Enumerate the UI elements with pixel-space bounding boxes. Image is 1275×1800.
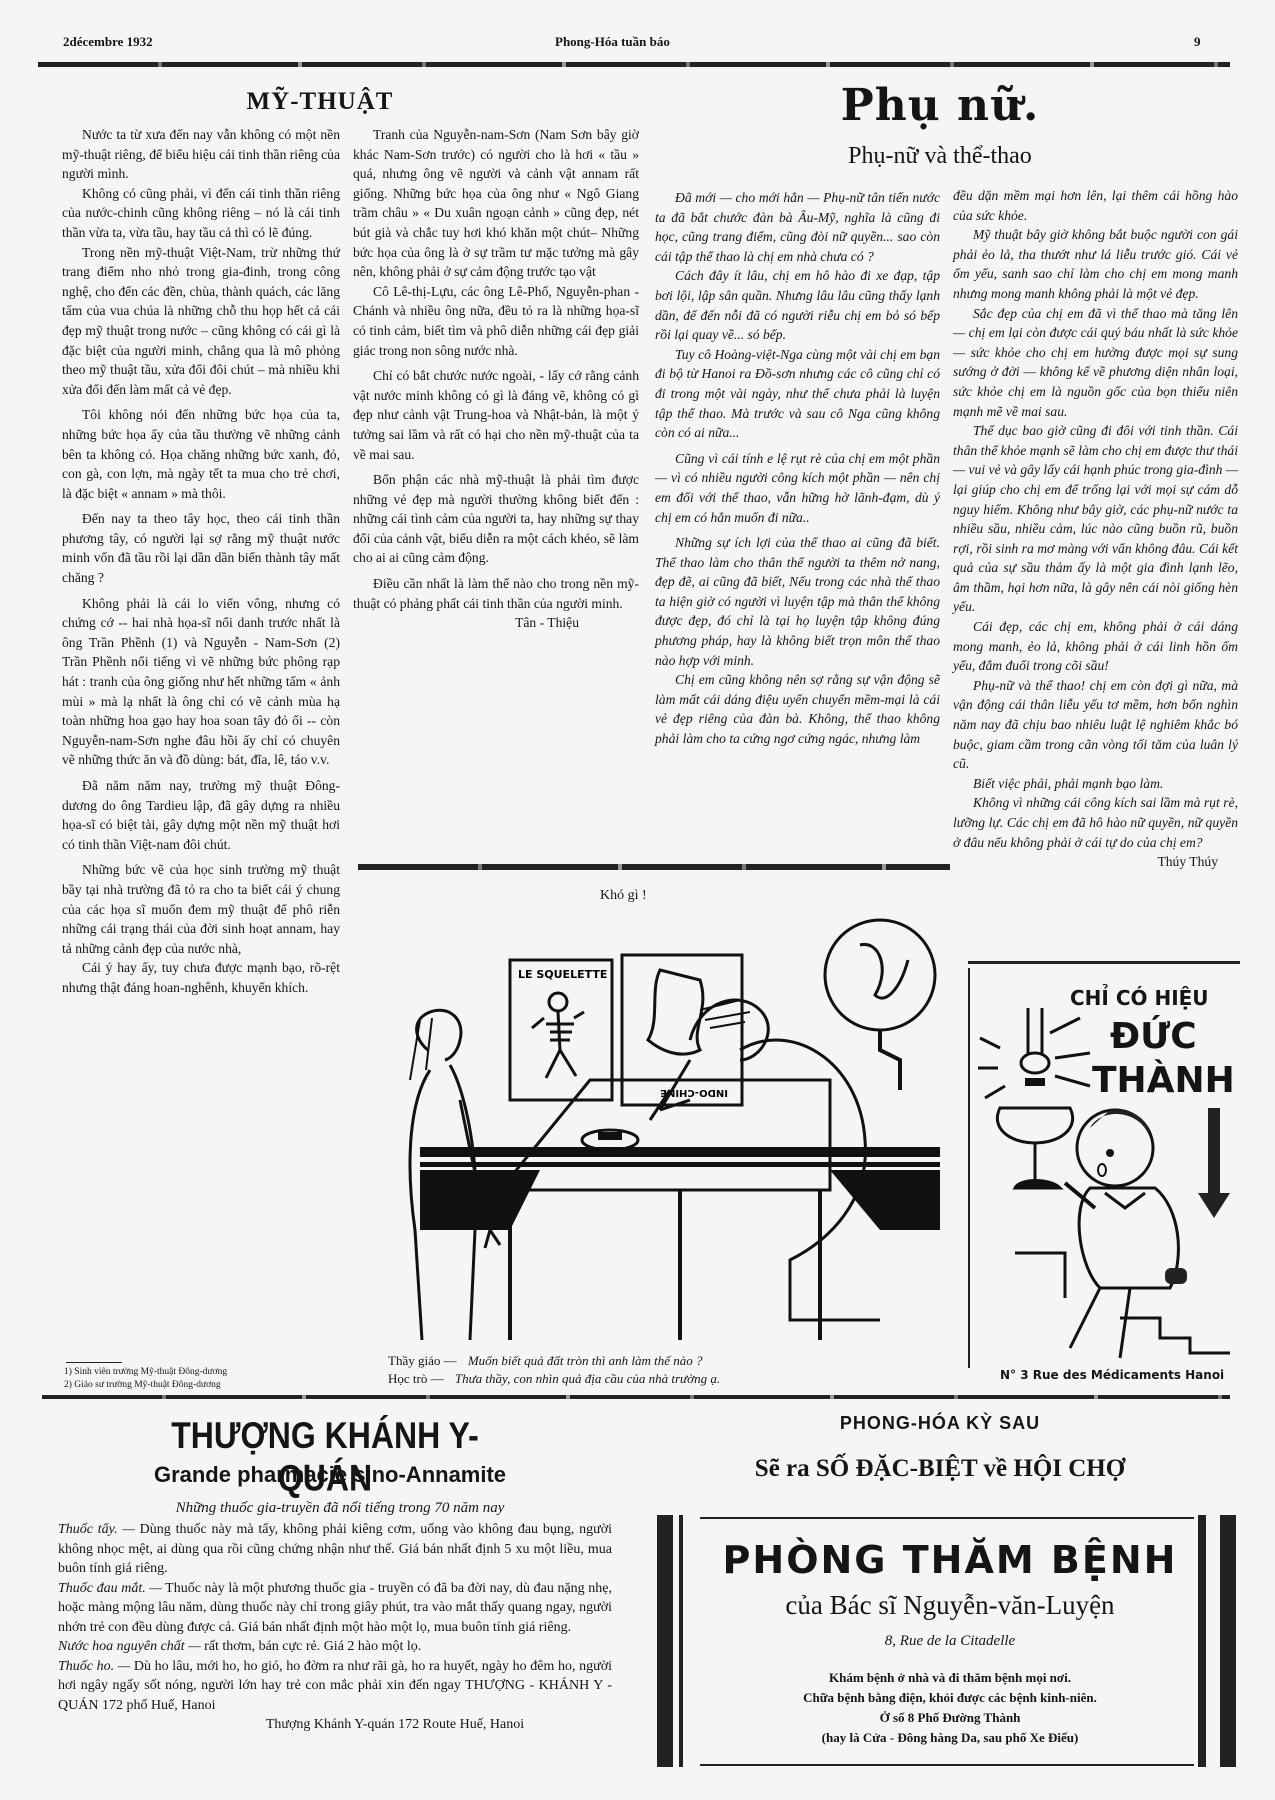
caption-speaker: Thầy giáo — bbox=[388, 1353, 457, 1368]
clinic-ad-title: PHÒNG THĂM BỆNH bbox=[690, 1538, 1210, 1582]
paragraph: Chỉ có bắt chước nước ngoài, - lấy cớ rằ… bbox=[353, 366, 639, 464]
header-page-number: 9 bbox=[1194, 34, 1201, 50]
product-name: Thuốc tẩy. — bbox=[58, 1522, 135, 1537]
paragraph: Cái đẹp, các chị em, không phải ở cái dá… bbox=[953, 617, 1238, 676]
phu-nu-column-2: đều dặn mềm mại hơn lên, lại thêm cái hồ… bbox=[953, 186, 1238, 872]
paragraph: Đã năm năm nay, trường mỹ thuật Đông-dươ… bbox=[62, 776, 340, 854]
clinic-detail-line: Chữa bệnh bằng điện, khỏi được các bệnh … bbox=[690, 1688, 1210, 1708]
product-name: Thuốc ho. — bbox=[58, 1659, 130, 1674]
my-thuat-column-1: Nước ta từ xưa đến nay vẫn không có một … bbox=[62, 125, 340, 998]
paragraph: Phụ-nữ và thể thao! chị em còn đợi gì nữ… bbox=[953, 676, 1238, 774]
paragraph: Không có cũng phải, vì đến cái tinh thần… bbox=[62, 184, 340, 243]
duc-thanh-ad-top-rule bbox=[968, 961, 1240, 964]
paragraph: Điều cần nhất là làm thế nào cho trong n… bbox=[353, 574, 639, 613]
phu-nu-subtitle: Phụ-nữ và thể-thao bbox=[780, 143, 1100, 170]
paragraph: Cũng vì cái tính e lệ rụt rè của chị em … bbox=[655, 449, 940, 527]
clinic-ad-left-bar-thin bbox=[679, 1515, 683, 1767]
product-name: Nước hoa nguyên chất — bbox=[58, 1639, 201, 1654]
pharmacy-ad-tagline: Những thuốc gia-truyền đã nổi tiếng tron… bbox=[110, 1500, 570, 1517]
paragraph: Cái ý hay ấy, tuy chưa được mạnh bạo, rõ… bbox=[62, 958, 340, 997]
pharmacy-ad-subtitle: Grande pharmacie sino-Annamite bbox=[110, 1462, 550, 1488]
paragraph: Đã mới — cho mới hẳn — Phụ-nữ tân tiến n… bbox=[655, 188, 940, 266]
clinic-ad-doctor: của Bác sĩ Nguyễn-văn-Luyện bbox=[690, 1590, 1210, 1621]
paragraph: Những bức vẽ của học sinh trường mỹ thuậ… bbox=[62, 860, 340, 958]
paragraph: Nước ta từ xưa đến nay vẫn không có một … bbox=[62, 125, 340, 184]
paragraph: Những sự ích lợi của thể thao ai cũng đã… bbox=[655, 533, 940, 670]
clinic-ad-details: Khám bệnh ở nhà và đi thăm bệnh mọi nơi.… bbox=[690, 1668, 1210, 1748]
paragraph: Cô Lê-thị-Lựu, các ông Lê-Phổ, Nguyễn-ph… bbox=[353, 282, 639, 360]
paragraph: Biết việc phải, phải mạnh bạo làm. bbox=[953, 774, 1238, 794]
pharmacy-ad-footer: Thượng Khánh Y-quán 172 Route Huế, Hanoi bbox=[58, 1715, 612, 1735]
paragraph: đều dặn mềm mại hơn lên, lại thêm cái hồ… bbox=[953, 186, 1238, 225]
cartoon-illustration: LE SQUELETTE INDO-CHINE bbox=[360, 900, 950, 1340]
paragraph: Không phải là cái lo viển vông, nhưng có… bbox=[62, 594, 340, 770]
author-signature: Tân - Thiệu bbox=[353, 613, 639, 633]
clinic-detail-line: (hay là Cửa - Đông hàng Da, sau phố Xe Đ… bbox=[690, 1728, 1210, 1748]
cartoon-caption: Thầy giáo — Muốn biết quả đất tròn thì a… bbox=[388, 1352, 948, 1388]
bottom-section-rule bbox=[42, 1395, 1230, 1399]
ad-address: N° 3 Rue des Médicaments Hanoi bbox=[1000, 1368, 1224, 1382]
clinic-ad-left-bar bbox=[657, 1515, 673, 1767]
clinic-ad-bottom-rule bbox=[700, 1764, 1194, 1766]
caption-text: Thưa thầy, con nhìn quả địa cầu của nhà … bbox=[455, 1371, 720, 1386]
clinic-detail-line: Khám bệnh ở nhà và đi thăm bệnh mọi nơi. bbox=[690, 1668, 1210, 1688]
paragraph: Bổn phận các nhà mỹ-thuật là phải tìm đư… bbox=[353, 470, 639, 568]
paragraph: Mỹ thuật bây giờ không bắt buộc người co… bbox=[953, 225, 1238, 303]
cartoon-top-rule bbox=[358, 864, 950, 870]
product-text: rất thơm, bán cực rẻ. Giá 2 hào một lọ. bbox=[204, 1639, 421, 1654]
product-item: Thuốc ho. — Dù ho lâu, mới ho, ho gió, h… bbox=[58, 1657, 612, 1716]
pharmacy-ad-body: Thuốc tẩy. — Dùng thuốc này mà tẩy, khôn… bbox=[58, 1520, 612, 1735]
footnote: 1) Sinh viên trường Mỹ-thuật Đông-dương bbox=[64, 1366, 344, 1379]
paragraph: Tôi không nói đến những bức họa của ta, … bbox=[62, 405, 340, 503]
caption-line-teacher: Thầy giáo — Muốn biết quả đất tròn thì a… bbox=[388, 1352, 948, 1370]
paragraph: Tuy cô Hoàng-việt-Nga cùng một vài chị e… bbox=[655, 345, 940, 443]
paragraph: Trong nền mỹ-thuật Việt-Nam, trừ những t… bbox=[62, 243, 340, 400]
clinic-ad-top-rule bbox=[700, 1517, 1194, 1519]
classroom-drawing-icon: LE SQUELETTE INDO-CHINE bbox=[360, 900, 950, 1340]
paragraph: Không vì những cái công kích sai lầm mà … bbox=[953, 793, 1238, 852]
product-name: Thuốc đau mắt. — bbox=[58, 1581, 162, 1596]
caption-line-student: Học trò — Thưa thầy, con nhìn quả địa cầ… bbox=[388, 1370, 948, 1388]
product-text: Dùng thuốc này mà tẩy, không phải kiêng … bbox=[58, 1522, 612, 1576]
header-date: 2décembre 1932 bbox=[63, 34, 153, 50]
duc-thanh-ad: CHỈ CÓ HIỆU ĐỨC THÀNH N° 3 Rue des Médic… bbox=[968, 968, 1242, 1368]
footnotes: 1) Sinh viên trường Mỹ-thuật Đông-dương … bbox=[64, 1366, 344, 1392]
paragraph: Sắc đẹp của chị em đã vì thể thao mà tăn… bbox=[953, 304, 1238, 422]
footnote: 2) Giáo sư trường Mỹ-thuật Đông-dương bbox=[64, 1379, 344, 1392]
paragraph: Cách đây ít lâu, chị em hô hào đi xe đạp… bbox=[655, 266, 940, 344]
phu-nu-title: Phụ nữ. bbox=[800, 80, 1080, 131]
my-thuat-column-2: Tranh của Nguyễn-nam-Sơn (Nam Sơn bây gi… bbox=[353, 125, 639, 633]
phu-nu-column-1: Đã mới — cho mới hẳn — Phụ-nữ tân tiến n… bbox=[655, 188, 940, 749]
product-text: Dù ho lâu, mới ho, ho gió, ho đờm ra như… bbox=[58, 1659, 612, 1713]
paragraph: Chị em cũng không nên sợ rằng sự vận độn… bbox=[655, 670, 940, 748]
poster-label: LE SQUELETTE bbox=[518, 968, 607, 981]
header-rule bbox=[38, 62, 1230, 67]
clinic-ad-right-bar bbox=[1220, 1515, 1236, 1767]
product-item: Thuốc tẩy. — Dùng thuốc này mà tẩy, khôn… bbox=[58, 1520, 612, 1579]
paragraph: Tranh của Nguyễn-nam-Sơn (Nam Sơn bây gi… bbox=[353, 125, 639, 282]
clinic-detail-line: Ở số 8 Phố Đường Thành bbox=[690, 1708, 1210, 1728]
paragraph: Đến nay ta theo tây học, theo cái tinh t… bbox=[62, 509, 340, 587]
my-thuat-title: MỸ-THUẬT bbox=[200, 88, 440, 116]
boy-with-lamp-icon bbox=[970, 968, 1242, 1368]
next-issue-heading: PHONG-HÓA KỲ SAU bbox=[760, 1413, 1120, 1434]
clinic-ad-address: 8, Rue de la Citadelle bbox=[690, 1633, 1210, 1650]
header-paper-name: Phong-Hóa tuần báo bbox=[555, 34, 670, 50]
footnote-rule bbox=[66, 1362, 122, 1363]
caption-text: Muốn biết quả đất tròn thì anh làm thế n… bbox=[468, 1353, 703, 1368]
paragraph: Thể dục bao giờ cũng đi đôi với tinh thầ… bbox=[953, 421, 1238, 617]
product-item: Thuốc đau mắt. — Thuốc này là một phương… bbox=[58, 1579, 612, 1638]
author-signature: Thúy Thúy bbox=[953, 852, 1238, 872]
caption-speaker: Học trò — bbox=[388, 1371, 444, 1386]
next-issue-announcement: Sẽ ra SỐ ĐẶC-BIỆT về HỘI CHỢ bbox=[700, 1455, 1180, 1483]
product-item: Nước hoa nguyên chất — rất thơm, bán cực… bbox=[58, 1637, 612, 1657]
